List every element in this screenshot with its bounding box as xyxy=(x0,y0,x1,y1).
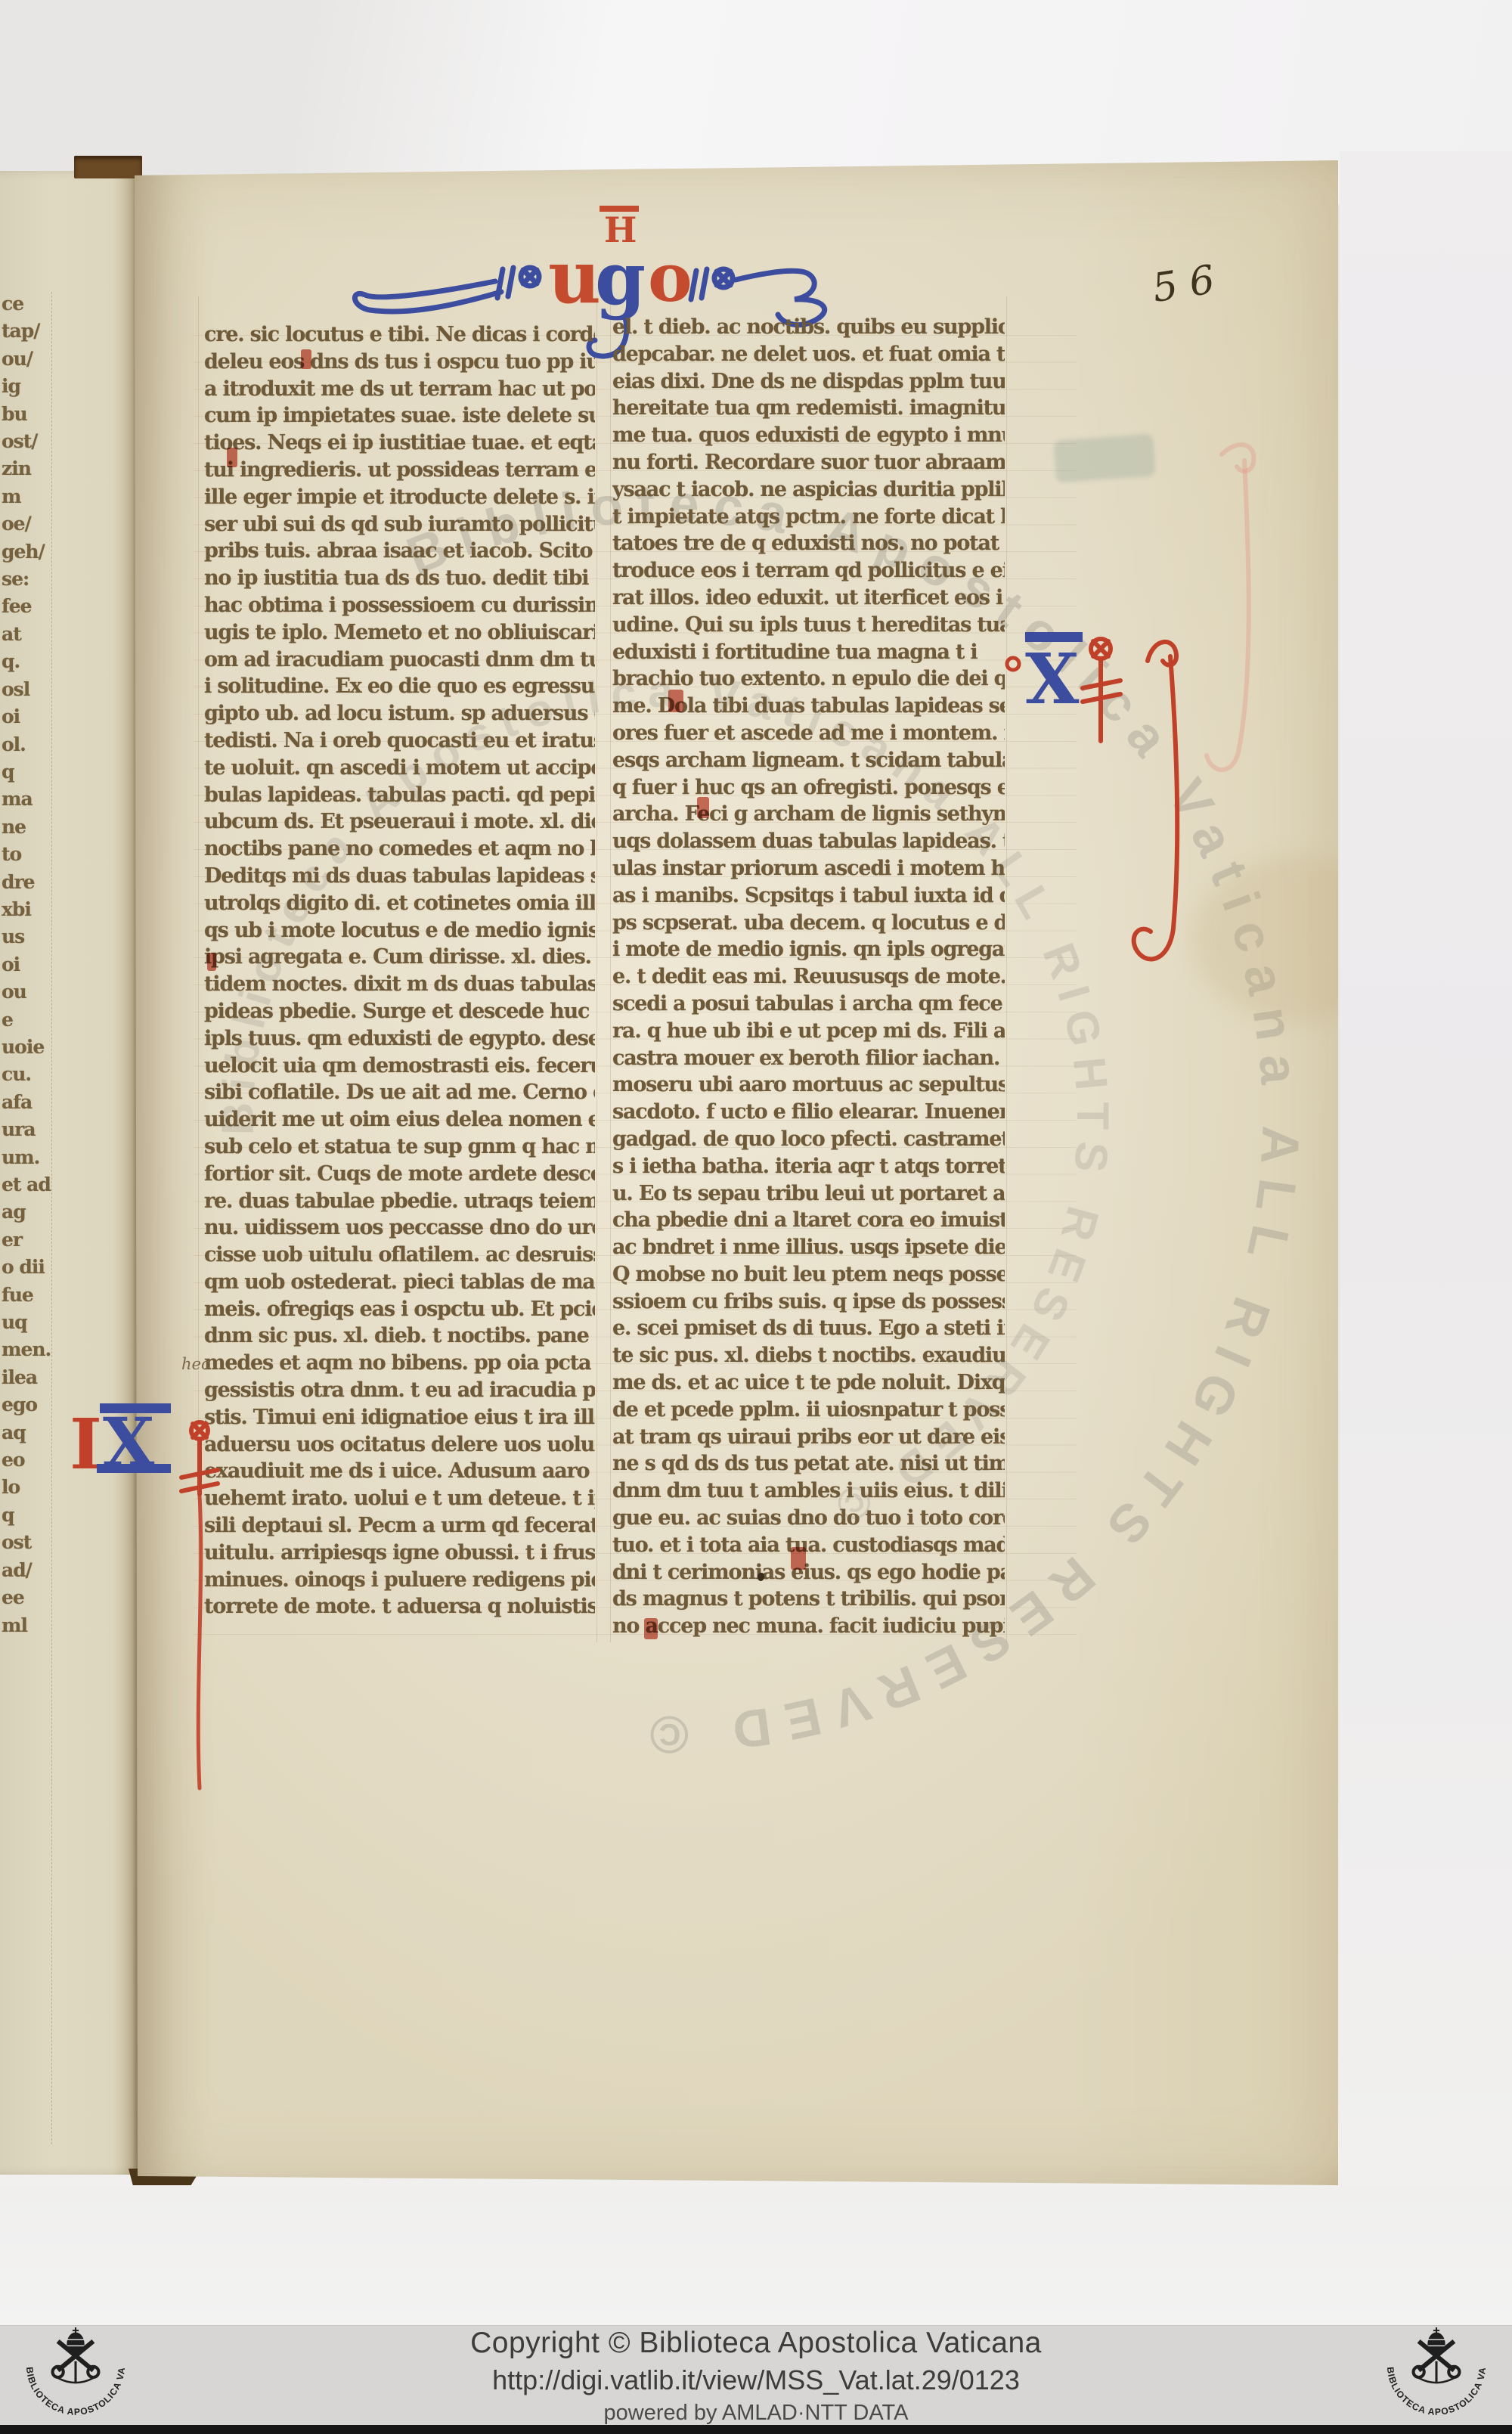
text-line: oi xyxy=(2,703,54,730)
vatican-library-logo-right: BIBLIOTECA APOSTOLICA VATICANA xyxy=(1374,2326,1498,2426)
text-line: e. scei pmiset ds di tuus. Ego a steti i… xyxy=(612,1315,1005,1342)
text-line: dnm sic pus. xl. dieb. t noctibs. pane n… xyxy=(204,1322,595,1350)
chapter-numeral-x: X xyxy=(1025,638,1080,720)
text-line: er xyxy=(2,1226,54,1254)
text-line: gadgad. de quo loco pfecti. castrametati xyxy=(612,1126,1005,1153)
text-line: archa. Feci g archam de lignis sethym. t xyxy=(612,801,1005,828)
text-line: hereitate tua qm redemisti. imagnitud xyxy=(612,395,1005,422)
text-line: castra mouer ex beroth filior iachan. im xyxy=(612,1045,1005,1072)
show-through-mark xyxy=(1053,433,1156,482)
text-line: ag xyxy=(2,1198,54,1226)
text-line: bulas lapideas. tabulas pacti. qd pepigi… xyxy=(204,782,595,809)
text-line: i solitudine. Ex eo die quo es egressus … xyxy=(204,673,595,700)
footer-powered-by: powered by AMLAD·NTT DATA xyxy=(604,2401,909,2426)
penwork-flourish-left xyxy=(355,268,539,312)
text-line: ille eger impie et itroducte delete s. i… xyxy=(204,484,595,511)
text-line: ost xyxy=(2,1529,54,1556)
text-line: uq xyxy=(2,1309,54,1336)
text-line: cu. xyxy=(2,1061,54,1088)
text-line: de et pcede pplm. ii uiosnpatur t possid… xyxy=(612,1397,1005,1424)
text-line: sub celo et statua te sup gnm q hac maio… xyxy=(204,1133,595,1161)
rubric-mark xyxy=(668,690,683,712)
text-line: me ds. et ac uice t te pde noluit. Dixqs… xyxy=(612,1369,1005,1397)
text-line: noctibs pane no comedes et aqm no bibes. xyxy=(204,836,595,863)
rubric-mark xyxy=(791,1547,806,1570)
text-line: eias dixi. Dne ds ne dispdas pplm tuum t xyxy=(612,368,1005,395)
text-line: eduxisti i fortitudine tua magna t i xyxy=(612,639,1005,666)
title-abbreviation-mark: H xyxy=(604,209,637,250)
text-line: q fuer i huc qs an ofregisti. ponesqs ea… xyxy=(612,774,1005,802)
text-line: ol. xyxy=(2,731,54,758)
text-line: cum ip impietates suae. iste delete sut … xyxy=(204,402,595,429)
text-line: q xyxy=(2,1502,54,1529)
text-line: at xyxy=(2,621,54,648)
text-line: dre xyxy=(2,869,54,896)
footer-background xyxy=(0,2187,1512,2325)
text-line: e. t dedit eas mi. Reuususqs de mote. de xyxy=(612,963,1005,991)
text-line: as i manibs. Scpsitqs i tabul iuxta id q… xyxy=(612,882,1005,910)
text-line: zin xyxy=(2,455,54,482)
text-line: meis. ofregiqs eas i ospctu ub. Et pcidi… xyxy=(204,1296,595,1323)
text-line: ce xyxy=(2,290,54,318)
previous-page-edge: cetap/ou/igbuost/zinmoe/geh/se:feeatq.os… xyxy=(0,171,141,2175)
text-line: osl xyxy=(2,676,54,703)
ruling-line xyxy=(610,296,611,1642)
text-line: oe/ xyxy=(2,510,54,538)
text-line: ig xyxy=(2,373,54,400)
text-line: ipls tuus. qm eduxisti de egypto. deseru… xyxy=(204,1025,595,1053)
text-line: pribs tuis. abraa isaac et iacob. Scito … xyxy=(204,538,595,565)
text-line: at tram qs uiraui pribs eor ut dare eis.… xyxy=(612,1424,1005,1451)
text-line: scedi a posui tabulas i archa qm fece xyxy=(612,991,1005,1018)
text-line: brachio tuo extento. n epulo die dei qs xyxy=(612,665,1005,693)
text-line: se: xyxy=(2,566,54,593)
text-line: eo xyxy=(2,1446,54,1474)
text-line: us xyxy=(2,923,54,950)
text-line: qs ub i mote locutus e de medio ignis qn… xyxy=(204,917,595,944)
rubric-mark xyxy=(301,349,311,369)
red-ring xyxy=(1007,658,1019,670)
papal-tiara-and-keys-icon xyxy=(53,2327,99,2383)
text-line: ad/ xyxy=(2,1557,54,1584)
text-line: ou xyxy=(2,978,54,1006)
text-line: cre. sic locutus e tibi. Ne dicas i cord… xyxy=(204,321,595,349)
text-line: Deditqs mi ds duas tabulas lapideas scpt… xyxy=(204,863,595,890)
text-line: hac obtima i possessioem cu durissime e … xyxy=(204,592,595,619)
text-line: s i ietha batha. iteria aqr t atqs torre… xyxy=(612,1153,1005,1180)
text-line: dni t cerimonias eius. qs ego hodie pa xyxy=(612,1559,1005,1586)
text-line: fue xyxy=(2,1282,54,1309)
text-line: ee xyxy=(2,1584,54,1611)
text-line: om ad iracudiam puocasti dnm dm tuu / xyxy=(204,646,595,674)
rubric-mark xyxy=(227,448,237,467)
text-line: q. xyxy=(2,648,54,675)
background-right xyxy=(1340,151,1512,2193)
rubric-mark xyxy=(644,1618,658,1639)
papal-tiara-and-keys-icon xyxy=(1414,2327,1460,2383)
text-line: tioes. Neqs ei ip iustitiae tuae. et eqt… xyxy=(204,429,595,457)
text-line: deleu eos dns ds tus i ospcu tuo pp iust… xyxy=(204,349,595,376)
footer-bar: Copyright © Biblioteca Apostolica Vatica… xyxy=(0,2325,1512,2426)
text-line: xbi xyxy=(2,896,54,923)
text-line: tui ingredieris. ut possideas terram eor… xyxy=(204,457,595,484)
text-line: um. xyxy=(2,1144,54,1171)
text-line: to xyxy=(2,841,54,868)
text-line: te sic pus. xl. diebs t noctibs. exaudiu… xyxy=(612,1342,1005,1369)
text-line: fortior sit. Cuqs de mote ardete descede xyxy=(204,1161,595,1188)
text-line: cisse uob uitulu oflatilem. ac desruisse… xyxy=(204,1242,595,1269)
text-line: m xyxy=(2,483,54,510)
text-line: ura xyxy=(2,1116,54,1143)
text-line: fee xyxy=(2,593,54,620)
vatican-library-logo-left: BIBLIOTECA APOSTOLICA VATICANA xyxy=(14,2326,138,2426)
text-line: uelocit uia qm demostrasti eis. fecerutq… xyxy=(204,1053,595,1080)
text-line: men. xyxy=(2,1336,54,1363)
text-line: ubcum ds. Et pseueraui i mote. xl. dieb.… xyxy=(204,808,595,836)
text-line: ml xyxy=(2,1612,54,1639)
text-line: u. Eo ts sepau tribu leui ut portaret ar xyxy=(612,1180,1005,1208)
text-line: ores fuer et ascede ad me i montem. faci xyxy=(612,720,1005,747)
text-line: et ad xyxy=(2,1171,54,1198)
text-line: depcabar. ne delet uos. et fuat omia tua… xyxy=(612,341,1005,368)
text-line: qm uob ostederat. pieci tablas de manibs xyxy=(204,1269,595,1296)
binding-tab xyxy=(74,156,142,178)
text-line: q xyxy=(2,758,54,786)
text-line: ds magnus t potens t tribilis. qui psona xyxy=(612,1586,1005,1613)
text-line: troduce eos i terram qd pollicitus e eis… xyxy=(612,557,1005,584)
text-line: ugis te iplo. Memeto et no obliuiscaris … xyxy=(204,619,595,646)
text-line: geh/ xyxy=(2,538,54,566)
footer-url: http://digi.vatlib.it/view/MSS_Vat.lat.2… xyxy=(492,2364,1020,2396)
text-line: te uoluit. qn ascedi i motem ut accipere… xyxy=(204,755,595,782)
text-line: me tua. quos eduxisti de egypto i mnua xyxy=(612,422,1005,449)
text-line: ost/ xyxy=(2,428,54,455)
text-line: dnm dm tuu t ambles i uiis eius. t dili xyxy=(612,1477,1005,1505)
text-line: cha pbedie dni a ltaret cora eo imuistio xyxy=(612,1207,1005,1234)
text-line: ipsi agregata e. Cum dirisse. xl. dies. … xyxy=(204,944,595,971)
text-line: lo xyxy=(2,1474,54,1501)
text-line: moseru ubi aaro mortuus ac sepultus e. p… xyxy=(612,1071,1005,1099)
folio-number: 56 xyxy=(1149,248,1275,312)
text-line: uiderit me ut oim eius delea nomen ei de xyxy=(204,1106,595,1133)
text-line: sibi coflatile. Ds ue ait ad me. Cerno q… xyxy=(204,1079,595,1106)
marginal-note: hec xyxy=(181,1355,210,1373)
text-line: no ip iustitia tua ds ds tuo. dedit tibi… xyxy=(204,565,595,592)
text-line: no accep nec muna. facit iudiciu pupillo xyxy=(612,1613,1005,1640)
text-line: e xyxy=(2,1006,54,1034)
text-line: i mote de medio ignis. qn ipls ogregatus xyxy=(612,936,1005,963)
red-key-flourish xyxy=(1083,639,1177,959)
text-line: tatoes tre de q eduxisti nos. no potat d… xyxy=(612,530,1005,557)
text-line: tap/ xyxy=(2,318,54,345)
text-line: tuo. et i tota aia tua. custodiasqs mada… xyxy=(612,1532,1005,1559)
text-line: ma xyxy=(2,786,54,813)
text-line: medes et aqm no bibens. pp oia pcta ura … xyxy=(204,1350,595,1377)
text-line: udine. Qui su ipls tuus t hereditas tua … xyxy=(612,612,1005,639)
text-line: ac bndret i nme illius. usqs ipsete die. xyxy=(612,1234,1005,1261)
text-line: ou/ xyxy=(2,346,54,373)
text-line: afa xyxy=(2,1089,54,1116)
footer-black-strip xyxy=(0,2425,1512,2434)
cutoff-text-column: cetap/ou/igbuost/zinmoe/geh/se:feeatq.os… xyxy=(2,290,54,1639)
text-line: re. duas tabulae pbedie. utraqs teiem ma xyxy=(204,1188,595,1215)
title-letter-o: o xyxy=(648,238,692,317)
ruling-line xyxy=(596,296,597,1642)
text-line: ulas instar priorum ascedi i motem hns e xyxy=(612,855,1005,882)
text-line: uqs dolassem duas tabulas lapideas. tab xyxy=(612,828,1005,855)
rubric-mark xyxy=(207,953,216,971)
text-line: ne s qd ds ds tus petat ate. nisi ut tim… xyxy=(612,1450,1005,1477)
text-line: a itroduxit me ds ut terram hac ut possi… xyxy=(204,376,595,403)
chapter-mark-left: I X xyxy=(64,1376,275,1800)
text-line: ego xyxy=(2,1391,54,1419)
text-line: ps scpserat. uba decem. q locutus e ds a… xyxy=(612,910,1005,937)
chapter-mark-right: X xyxy=(999,614,1188,1007)
title-letter-u: u xyxy=(548,234,601,320)
red-key-flourish xyxy=(181,1422,218,1788)
text-line: t impietate atqs pctm. ne forte dicat hi xyxy=(612,504,1005,531)
text-line: ysaac t iacob. ne aspicias duritia pplih xyxy=(612,476,1005,504)
text-line: Q mobse no buit leu ptem neqs posse xyxy=(612,1261,1005,1288)
text-line: gipto ub. ad locu istum. sp aduersus dnm xyxy=(204,700,595,727)
text-line: o dii xyxy=(2,1254,54,1281)
text-line: ilea xyxy=(2,1364,54,1391)
text-line: tedisti. Na i oreb quocasti eu et iratus… xyxy=(204,727,595,755)
text-line: uoie xyxy=(2,1034,54,1061)
text-line: gue eu. ac suias dno do tuo i toto corde xyxy=(612,1505,1005,1532)
text-line: oi xyxy=(2,951,54,978)
chapter-numeral-x: X xyxy=(103,1403,155,1481)
text-line: ssioem cu fribs suis. q ipse ds possessi… xyxy=(612,1288,1005,1316)
text-line: nu. uidissem uos peccasse dno do uro et … xyxy=(204,1214,595,1242)
text-line: utrolqs digito di. et cotinetes omia ill… xyxy=(204,890,595,917)
text-column-right: el. t dieb. ac noctibs. quibs eu supplic… xyxy=(612,314,1005,1645)
footer-copyright: Copyright © Biblioteca Apostolica Vatica… xyxy=(470,2327,1042,2360)
text-line: rat illos. ideo eduxit. ut iterficet eos… xyxy=(612,584,1005,612)
text-line: sacdoto. f ucto e filio elearar. Inuener… xyxy=(612,1099,1005,1126)
text-line: esqs archam ligneam. t scidam tabulas du… xyxy=(612,747,1005,774)
text-line: nu forti. Recordare suor tuor abraam. xyxy=(612,449,1005,476)
scan-viewer-page: cetap/ou/igbuost/zinmoe/geh/se:feeatq.os… xyxy=(0,0,1512,2434)
text-line: aq xyxy=(2,1419,54,1446)
text-line: tidem noctes. dixit m ds duas tabulas la xyxy=(204,971,595,998)
text-line: ne xyxy=(2,814,54,841)
text-line: bu xyxy=(2,401,54,428)
text-line: ser ubi sui ds qd sub iuramto pollicitus… xyxy=(204,511,595,538)
text-line: el. t dieb. ac noctibs. quibs eu supplic… xyxy=(612,314,1005,341)
text-line: pideas pbedie. Surge et descede huc cito… xyxy=(204,998,595,1025)
text-line: ra. q hue ub ibi e ut pcep mi ds. Fili a… xyxy=(612,1018,1005,1045)
running-title: u g o H xyxy=(548,206,692,321)
rubric-mark xyxy=(697,797,709,818)
